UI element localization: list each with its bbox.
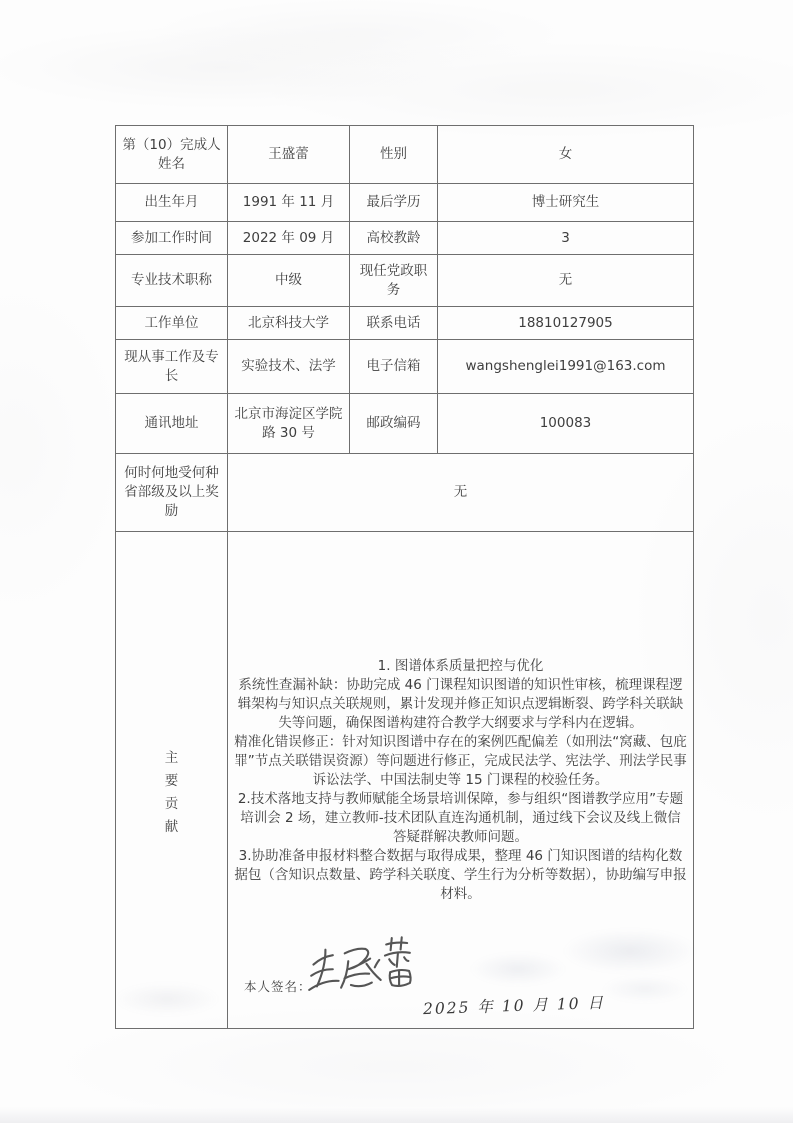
scanned-form-page: { "form": { "rows": [ { "label1": "第（10）… xyxy=(0,0,793,1123)
work-start-value: 2022 年 09 月 xyxy=(228,222,350,255)
address-value: 北京市海淀区学院路 30 号 xyxy=(228,394,350,454)
last-degree-value: 博士研究生 xyxy=(438,184,694,222)
completer-name-value: 王盛蕾 xyxy=(228,126,350,184)
email-label: 电子信箱 xyxy=(350,340,438,394)
table-row: 现从事工作及专长 实验技术、法学 电子信箱 wangshenglei1991@1… xyxy=(116,340,694,394)
party-position-value: 无 xyxy=(438,255,694,307)
gender-value: 女 xyxy=(438,126,694,184)
postcode-label: 邮政编码 xyxy=(350,394,438,454)
main-contribution-label: 主要贡献 xyxy=(164,747,179,839)
birth-date-label: 出生年月 xyxy=(116,184,228,222)
awards-label: 何时何地受何种省部级及以上奖励 xyxy=(116,454,228,532)
table-row: 工作单位 北京科技大学 联系电话 18810127905 xyxy=(116,307,694,340)
phone-value: 18810127905 xyxy=(438,307,694,340)
work-unit-label: 工作单位 xyxy=(116,307,228,340)
table-row: 第（10）完成人姓名 王盛蕾 性别 女 xyxy=(116,126,694,184)
birth-date-value: 1991 年 11 月 xyxy=(228,184,350,222)
signature-block: 本人签名： xyxy=(244,928,685,1020)
table-row: 专业技术职称 中级 现任党政职务 无 xyxy=(116,255,694,307)
main-contribution-label-cell: 主要贡献 xyxy=(116,532,228,1029)
work-unit-value: 北京科技大学 xyxy=(228,307,350,340)
teaching-years-label: 高校教龄 xyxy=(350,222,438,255)
contribution-paragraph: 2.技术落地支持与教师赋能全场景培训保障，参与组织“图谱教学应用”专题培训会 2… xyxy=(234,790,687,847)
contribution-paragraph: 系统性查漏补缺：协助完成 46 门课程知识图谱的知识性审核，梳理课程逻辑架构与知… xyxy=(234,676,687,733)
current-work-label: 现从事工作及专长 xyxy=(116,340,228,394)
professional-title-value: 中级 xyxy=(228,255,350,307)
table-row: 主要贡献 1. 图谱体系质量把控与优化 系统性查漏补缺：协助完成 46 门课程知… xyxy=(116,532,694,1029)
contribution-paragraph: 3.协助准备申报材料整合数据与取得成果，整理 46 门知识图谱的结构化数据包（含… xyxy=(234,847,687,904)
email-value: wangshenglei1991@163.com xyxy=(438,340,694,394)
contribution-paragraph: 精准化错误修正：针对知识图谱中存在的案例匹配偏差（如刑法“窝藏、包庇罪”节点关联… xyxy=(234,733,687,790)
professional-title-label: 专业技术职称 xyxy=(116,255,228,307)
party-position-label: 现任党政职务 xyxy=(350,255,438,307)
last-degree-label: 最后学历 xyxy=(350,184,438,222)
handwritten-signature xyxy=(304,932,427,1010)
awards-value: 无 xyxy=(228,454,694,532)
table-row: 通讯地址 北京市海淀区学院路 30 号 邮政编码 100083 xyxy=(116,394,694,454)
completer-info-table: 第（10）完成人姓名 王盛蕾 性别 女 出生年月 1991 年 11 月 最后学… xyxy=(115,125,694,1029)
phone-label: 联系电话 xyxy=(350,307,438,340)
teaching-years-value: 3 xyxy=(438,222,694,255)
table-row: 参加工作时间 2022 年 09 月 高校教龄 3 xyxy=(116,222,694,255)
address-label: 通讯地址 xyxy=(116,394,228,454)
signature-label: 本人签名： xyxy=(244,977,312,996)
table-row: 何时何地受何种省部级及以上奖励 无 xyxy=(116,454,694,532)
contribution-paragraph: 1. 图谱体系质量把控与优化 xyxy=(234,657,687,676)
work-start-label: 参加工作时间 xyxy=(116,222,228,255)
main-contribution-content: 1. 图谱体系质量把控与优化 系统性查漏补缺：协助完成 46 门课程知识图谱的知… xyxy=(228,532,694,1029)
signature-date: 2025 年 10 月 10 日 xyxy=(423,994,606,1019)
completer-name-label: 第（10）完成人姓名 xyxy=(116,126,228,184)
gender-label: 性别 xyxy=(350,126,438,184)
postcode-value: 100083 xyxy=(438,394,694,454)
table-row: 出生年月 1991 年 11 月 最后学历 博士研究生 xyxy=(116,184,694,222)
scan-edge-shadow xyxy=(0,1107,793,1123)
current-work-value: 实验技术、法学 xyxy=(228,340,350,394)
